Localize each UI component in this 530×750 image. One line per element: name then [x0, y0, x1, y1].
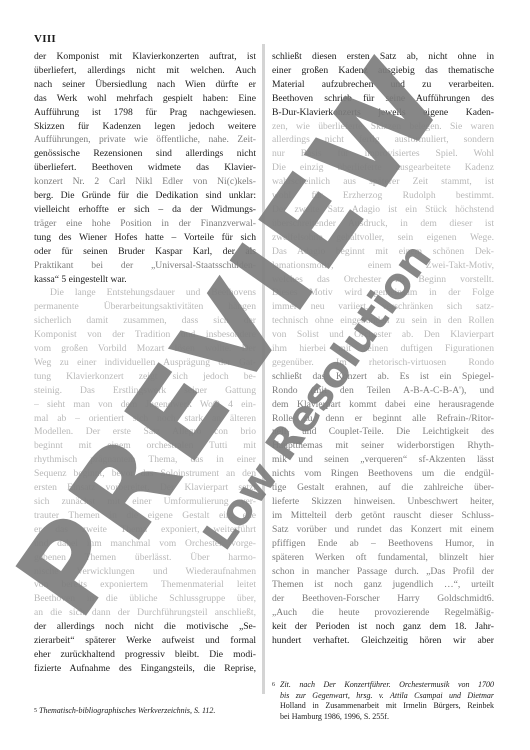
text-line: das Werk wohl mehrfach gespielt haben: E… — [34, 92, 256, 106]
text-line: tung des Wiener Hofes hatte – Vorteile f… — [34, 231, 256, 245]
text-line: sicherlich damit zusammen, dass sich der — [34, 314, 256, 328]
footnote-line: Zit. nach Der Konzertführer. Orchestermu… — [272, 680, 494, 691]
footnote-6: 6 Zit. nach Der Konzertführer. Orchester… — [272, 680, 494, 722]
footnote-5: 5 Thematisch-bibliographisches Werkverze… — [34, 706, 256, 717]
text-line: nell- und Couplet-Teile. Die Leichtigkei… — [272, 425, 494, 439]
text-line: vom großen Vorbild Mozart lösen wollte. … — [34, 342, 256, 356]
text-line: Die lange Entstehungsdauer und Beethoven… — [34, 286, 256, 300]
text-line: zen, wie überlieferte Skizzen belegen. S… — [272, 120, 494, 134]
text-line: Beethoven schrieb für seine Aufführungen… — [272, 92, 494, 106]
text-line: Hauptthemas mit seiner widerborstigen Rh… — [272, 439, 494, 453]
footnote-text: Thematisch-bibliographisches Werkverzeic… — [39, 706, 215, 715]
text-line: nische Verwicklungen und Wiederaufnahmen — [34, 565, 256, 579]
text-line: von bereits exponiertem Themenmaterial l… — [34, 578, 256, 592]
text-line: einer großen Kadenz ausgiebig das themat… — [272, 64, 494, 78]
text-line: er das zweite Thema exponiert, weiterfüh… — [34, 523, 256, 537]
footnote-line: bis zur Gegenwart, hrsg. v. Attila Csamp… — [272, 691, 494, 702]
text-line: sich zunächst mit einer Umformulierung v… — [34, 495, 256, 509]
text-line: tige Gestalt erahnen, auf die zahlreiche… — [272, 481, 494, 495]
text-line: genössische Rezensionen sind allerdings … — [34, 147, 256, 161]
text-line: der Komponist mit Klavierkonzerten auftr… — [34, 50, 256, 64]
text-line: wohl für Erzherzog Rudolph bestimmt. — [272, 189, 494, 203]
text-line: kassa“ 5 eingestellt war. — [34, 273, 256, 287]
footnote-mark: 6 — [272, 680, 275, 691]
score-preface-page: VIII der Komponist mit Klavierkonzerten … — [0, 0, 530, 750]
text-line: „Auch die heute provozierende Regelmäßig… — [272, 606, 494, 620]
footnote-line: bei Hamburg 1986, 1996, S. 255f. — [272, 712, 494, 723]
text-line: permanente Überarbeitungsaktivitäten hän… — [34, 300, 256, 314]
text-line: im Mittelteil derb getönt rauscht dieser… — [272, 509, 494, 523]
text-line: lieferte Skizzen hinweisen. Unbeschwert … — [272, 495, 494, 509]
text-line: Dieses Motiv wird gemeinsam in der Folge — [272, 286, 494, 300]
text-line: zierarbeit“ späterer Werke aufweist und … — [34, 634, 256, 648]
text-line: trauter Themen in die eigene Gestalt ein… — [34, 509, 256, 523]
text-line: von Solist und Orchester ab. Den Klavier… — [272, 328, 494, 342]
text-line: ihm hierbei mit seinen duftigen Figurati… — [272, 342, 494, 356]
text-line: Rondo (mit den Teilen A-B-A-C-B-A'), und — [272, 384, 494, 398]
text-line: technisch ohne eingebunden zu sein in de… — [272, 314, 494, 328]
text-line: Themen ist noch ganz jugendlich …“, urte… — [272, 578, 494, 592]
text-line: Satz vorüber und rundet das Konzert mit … — [272, 523, 494, 537]
right-text-column: schließt diesen ersten Satz ab, nicht oh… — [272, 50, 494, 648]
text-line: nur Basis für improvisiertes Spiel. Wohl — [272, 147, 494, 161]
text-line: beginnt mit einem orchestralen Tutti mit — [34, 439, 256, 453]
text-line: hundert verhaftet. Gleichzeitig hören wi… — [272, 634, 494, 648]
text-line: gebenen Themen überlässt. Über harmo- — [34, 551, 256, 565]
text-line: lamationsmotiv, einem Zwei-Takt-Motiv, — [272, 259, 494, 273]
text-line: Weg zu einer individuellen Ausprägung de… — [34, 356, 256, 370]
text-line: zweifelsohne gehaltvoller, sein eigenen … — [272, 231, 494, 245]
text-line: – sieht man von dem Jugendwerk WoO 4 ein… — [34, 398, 256, 412]
text-line: der allerdings noch nicht die motivische… — [34, 620, 256, 634]
text-line: keit der Perioden ist noch ganz dem 18. … — [272, 620, 494, 634]
text-line: überschreitender Ausdruck, in dem dieser… — [272, 217, 494, 231]
text-line: dem Klavierpart kommt dabei eine herausr… — [272, 398, 494, 412]
text-line: mal ab – orientiert sich noch stark an ä… — [34, 412, 256, 426]
text-line: Sequenz beginnt, bevor das Soloinstrumen… — [34, 467, 256, 481]
text-line: der Beethoven-Forscher Harry Goldschmidt… — [272, 592, 494, 606]
text-line: Die einzig überlieferte ausgearbeitete K… — [272, 161, 494, 175]
footnote-mark: 5 — [34, 708, 37, 714]
text-line: nach seiner Übersiedlung nach Wien dürft… — [34, 78, 256, 92]
text-line: Rolle zu, denn er beginnt alle Refrain-/… — [272, 412, 494, 426]
text-line: pfiffigen Ende ab – Beethovens Humor, in — [272, 537, 494, 551]
page-number: VIII — [34, 33, 56, 45]
text-line: welches das Orchester zu Beginn vorstell… — [272, 273, 494, 287]
text-line: schließt das Konzert ab. Es ist ein Spie… — [272, 370, 494, 384]
text-line: eher zurückhaltend progressiv bleibt. Di… — [34, 648, 256, 662]
text-line: fizierte Aufnahme des Eingangsteils, die… — [34, 662, 256, 676]
text-line: rhythmisch prägnantem Thema, das in eine… — [34, 453, 256, 467]
text-line: immer neu variiert, verschränken sich sa… — [272, 300, 494, 314]
footnote-line: Holland in Zusammenarbeit mit Irmelin Bü… — [272, 701, 494, 712]
text-line: B-Dur-Klavierkonzerts jeweils eigene Kad… — [272, 106, 494, 120]
text-line: Das Adagio beginnt mit einem schönen Dek… — [272, 245, 494, 259]
text-line: oder für seinen Bruder Kaspar Karl, der … — [34, 245, 256, 259]
text-line: Komponist von der Tradition und insbeson… — [34, 328, 256, 342]
text-line: mik und seinen „verqueren“ sf-Akzenten l… — [272, 453, 494, 467]
text-line: Aufführung ist 1798 für Prag nachgewiese… — [34, 106, 256, 120]
text-line: späteren Werken oft fundamental, blinzel… — [272, 551, 494, 565]
text-line: ersten Einsatz vorbereitet. Der Klavierp… — [34, 481, 256, 495]
text-line: allerdings nicht fertig ausformuliert, s… — [272, 133, 494, 147]
text-line: Modellen. Der erste Satz Allegro con bri… — [34, 425, 256, 439]
text-line: an die sich dann der Durchführungsteil a… — [34, 606, 256, 620]
text-line: konzert Nr. 2 Carl Nikl Edler von Ni(c)k… — [34, 175, 256, 189]
text-line: wahrscheinlich aus späterer Zeit stammt,… — [272, 175, 494, 189]
text-line: Der zweite Satz Adagio ist ein Stück höc… — [272, 203, 494, 217]
text-line: nichts vom Ringen Beethovens um die endg… — [272, 467, 494, 481]
text-line: träger eine hohe Position in der Finanzv… — [34, 217, 256, 231]
text-line: vielleicht erhoffte er sich – da der Wid… — [34, 203, 256, 217]
text-line: gegenüber. Im rhetorisch-virtuosen Rondo — [272, 356, 494, 370]
text-line: Aufführungen, private wie öffentliche, n… — [34, 133, 256, 147]
text-line: schon in mancher Passage durch. „Das Pro… — [272, 565, 494, 579]
text-line: berg. Die Gründe für die Dedikation sind… — [34, 189, 256, 203]
text-line: Material aufzubrechen und zu verarbeiten… — [272, 78, 494, 92]
text-line: Beethoven in die übliche Schlussgruppe ü… — [34, 592, 256, 606]
text-line: überliefert. Beethoven widmete das Klavi… — [34, 161, 256, 175]
text-line: überliefert, allerdings nicht mit welche… — [34, 64, 256, 78]
page-fold-shadow — [262, 44, 265, 694]
text-line: und dabei ihm manchmal vom Orchester vor… — [34, 537, 256, 551]
text-line: schließt diesen ersten Satz ab, nicht oh… — [272, 50, 494, 64]
left-text-column: der Komponist mit Klavierkonzerten auftr… — [34, 50, 256, 676]
text-line: tung Klavierkonzert zeigt sich jedoch be… — [34, 370, 256, 384]
text-line: Praktikant bei der „Universal-Staatsschu… — [34, 259, 256, 273]
text-line: Skizzen für Kadenzen legen jedoch weiter… — [34, 120, 256, 134]
text-line: steinig. Das Erstlingswerk seiner Gattun… — [34, 384, 256, 398]
